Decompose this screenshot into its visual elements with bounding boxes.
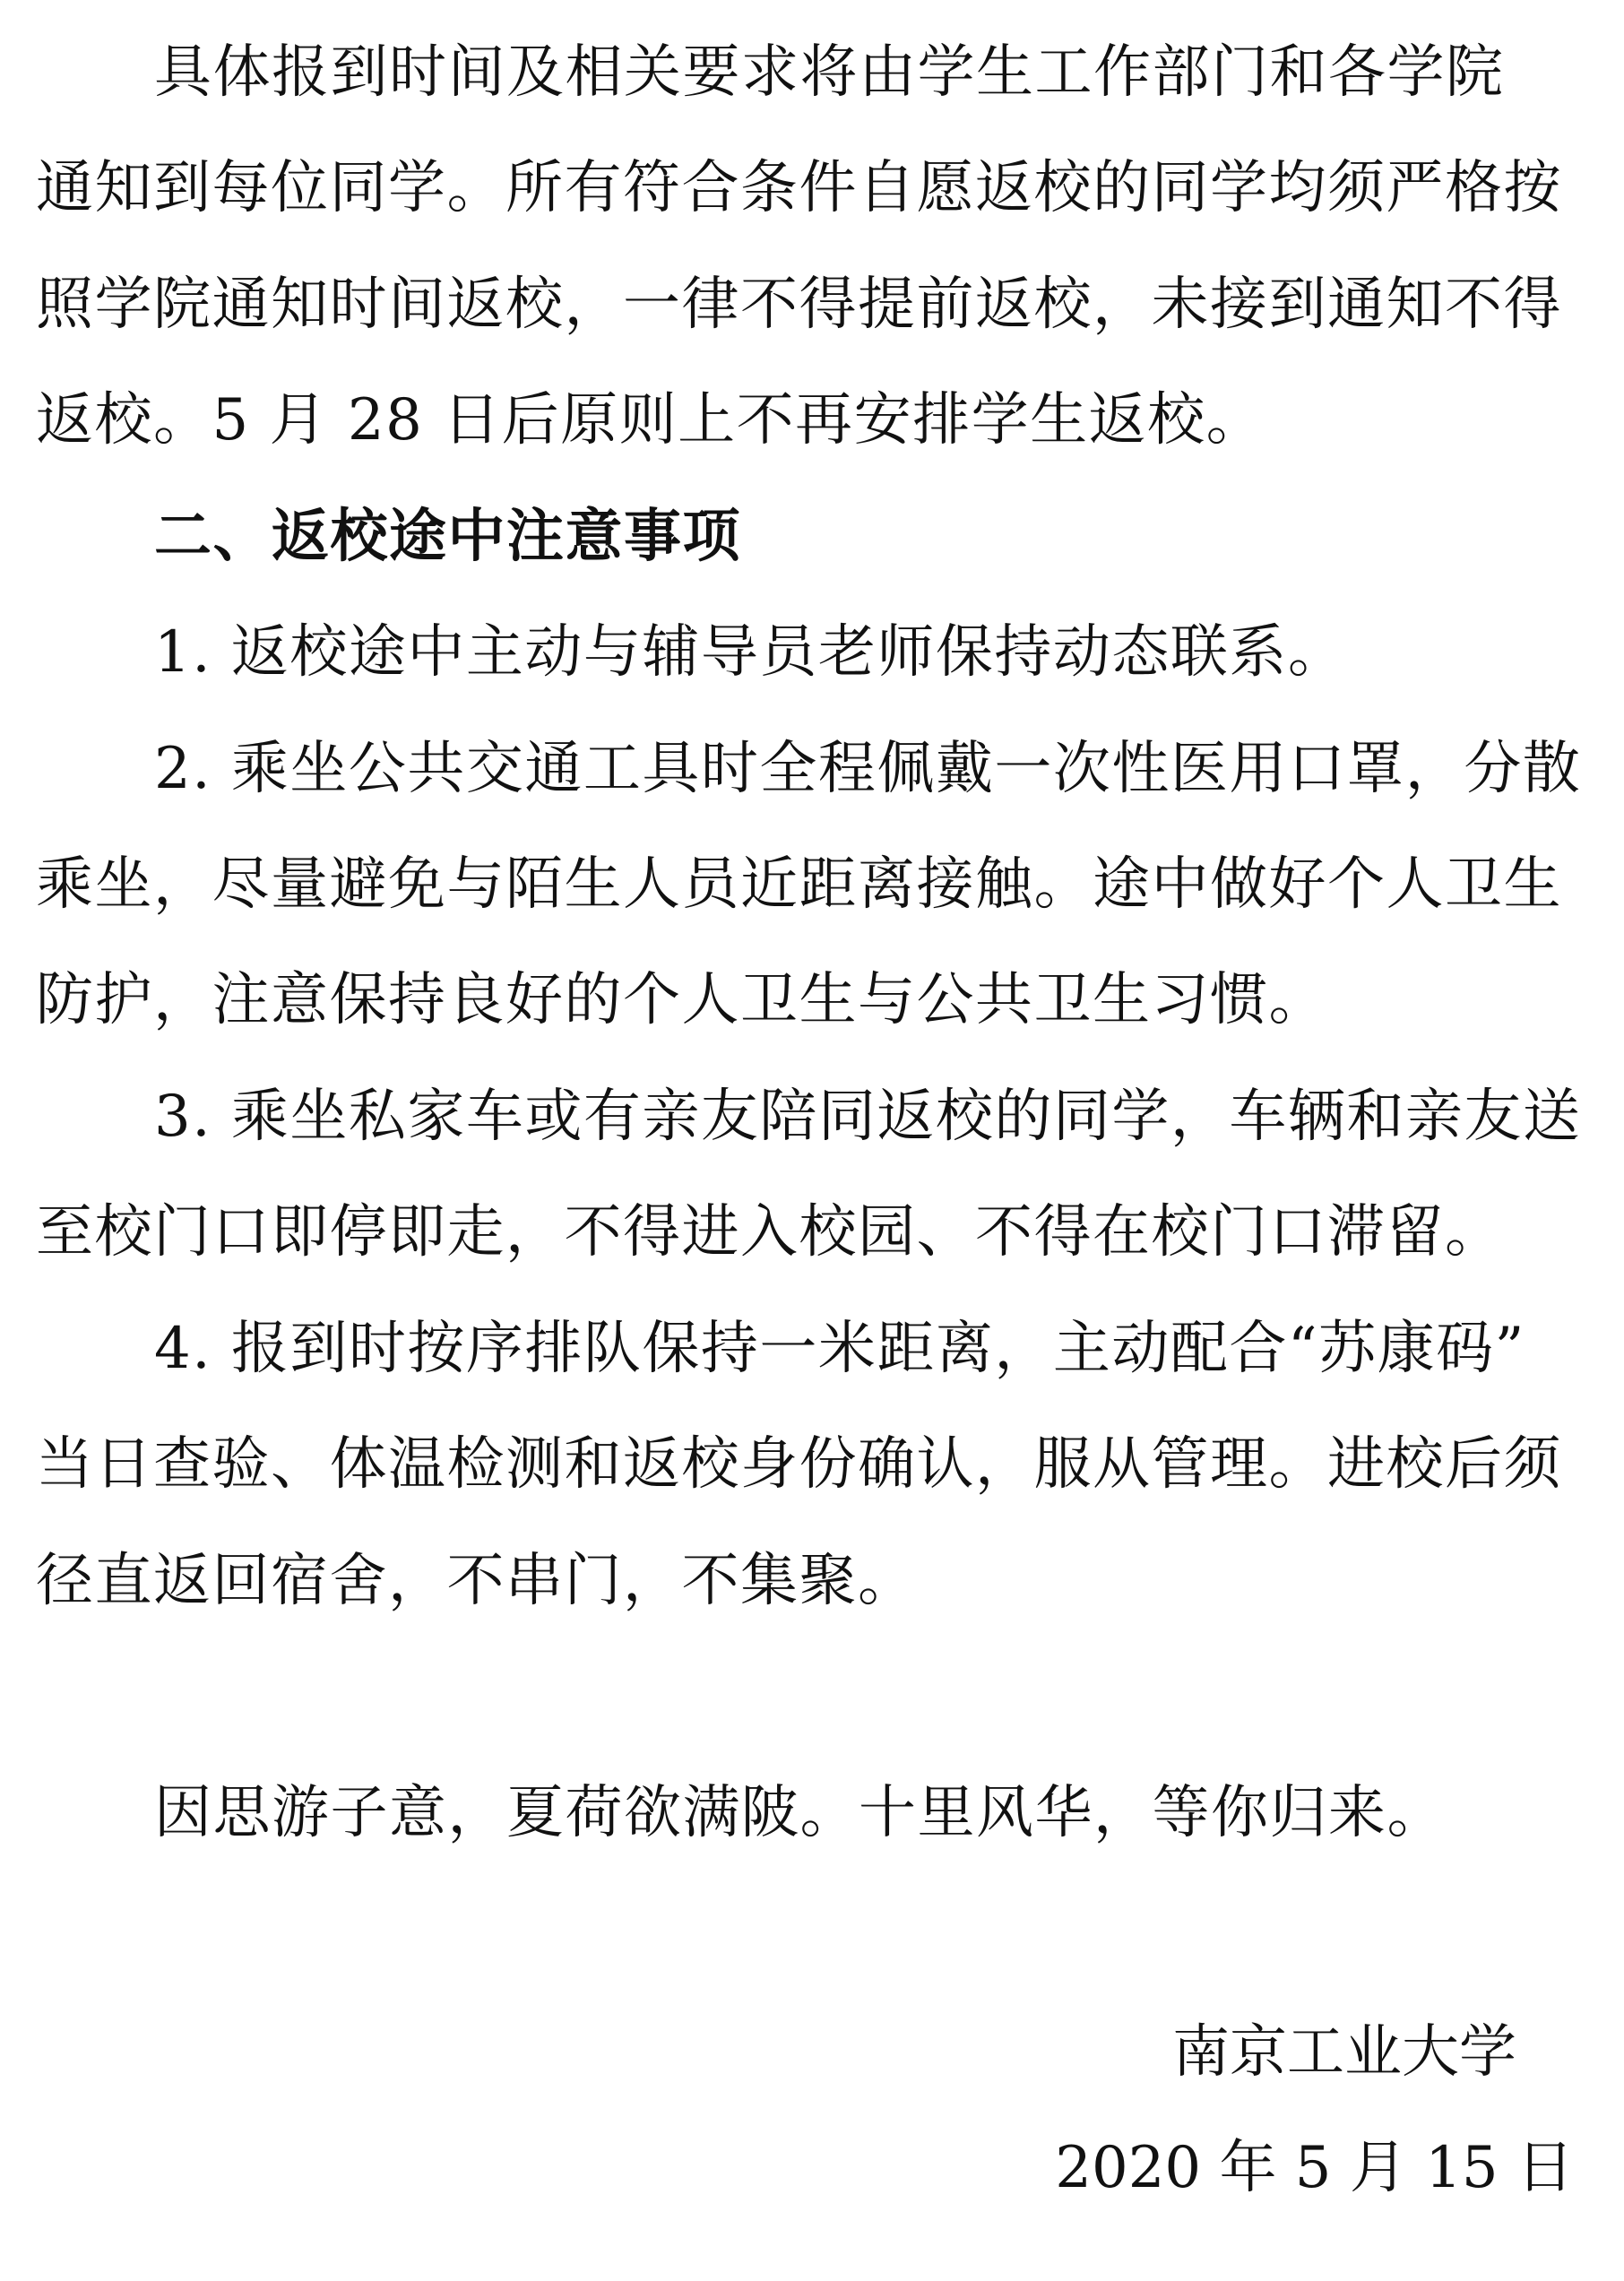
paragraph-line: 通知到每位同学。所有符合条件自愿返校的同学均须严格按 [36,152,1562,224]
list-item-2-line: 防护，注意保持良好的个人卫生与公共卫生习惯。 [36,964,1327,1036]
list-item-2-line: 乘坐，尽量避免与陌生人员近距离接触。途中做好个人卫生 [36,849,1562,920]
list-item-3: 3. 乘坐私家车或有亲友陪同返校的同学，车辆和亲友送 [154,1081,1581,1153]
list-item-4-line: 径直返回宿舍，不串门，不集聚。 [36,1545,917,1617]
section-heading: 二、返校途中注意事项 [154,501,741,573]
signature-date: 2020 年 5 月 15 日 [1055,2132,1574,2204]
list-item-3-line: 至校门口即停即走，不得进入校园、不得在校门口滞留。 [36,1197,1504,1268]
list-item-4-line: 当日查验、体温检测和返校身份确认，服从管理。进校后须 [36,1429,1562,1500]
paragraph-line: 返校。5 月 28 日后原则上不再安排学生返校。 [36,384,1265,456]
list-item-1: 1. 返校途中主动与辅导员老师保持动态联系。 [154,617,1346,688]
list-item-4: 4. 报到时按序排队保持一米距离，主动配合“苏康码” [154,1313,1525,1385]
list-item-2: 2. 乘坐公共交通工具时全程佩戴一次性医用口罩，分散 [154,733,1581,805]
signature-organization: 南京工业大学 [1172,2017,1516,2088]
closing-line: 因思游子意，夏荷欲满陂。十里风华，等你归来。 [154,1777,1446,1849]
paragraph-line: 具体报到时间及相关要求将由学生工作部门和各学院 [154,37,1505,108]
paragraph-line: 照学院通知时间返校，一律不得提前返校，未接到通知不得 [36,269,1562,341]
